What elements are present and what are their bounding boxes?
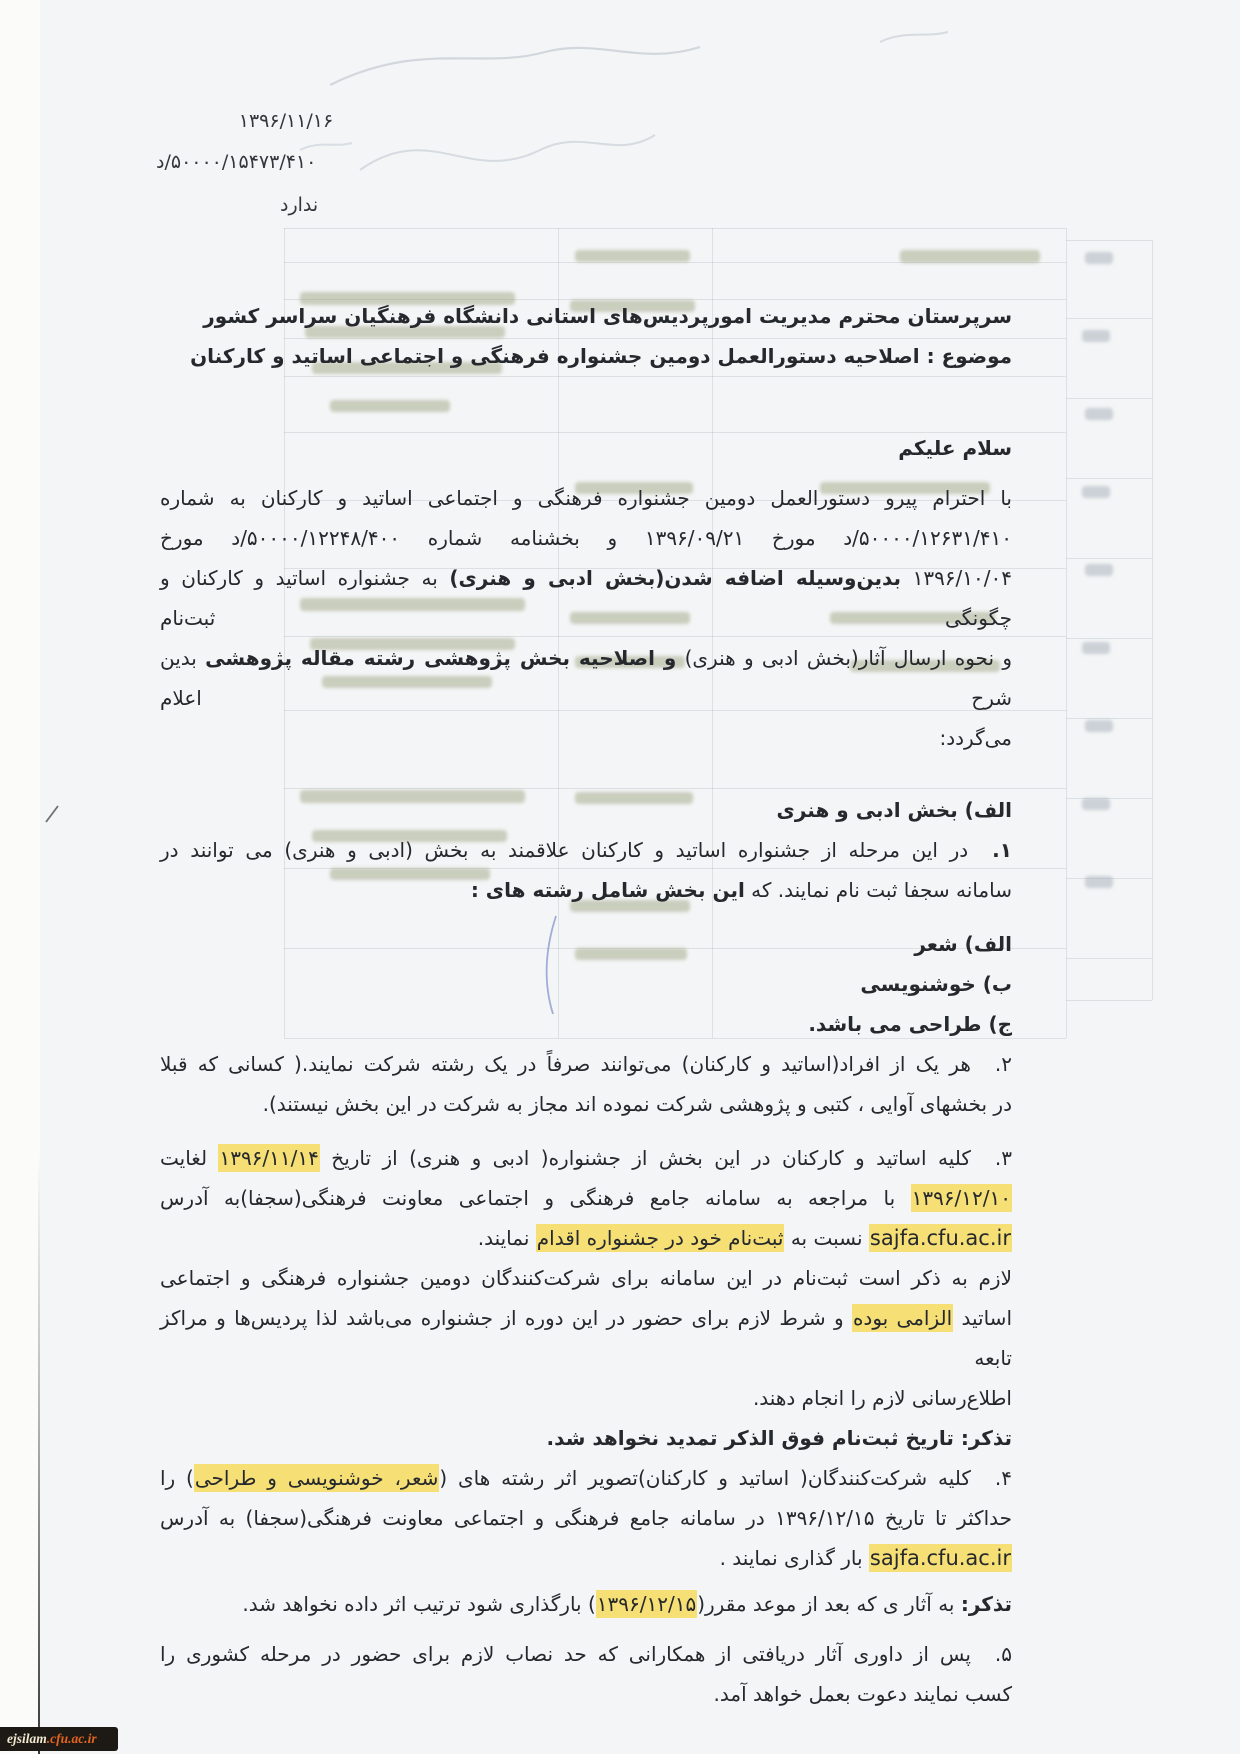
note-no-extension: تذکر: تاریخ ثبت‌نام فوق الذکر تمدید نخوا… [160, 1418, 1012, 1458]
bleed-text-blob [1085, 408, 1113, 420]
bleed-grid-line [1066, 718, 1152, 719]
bleed-text-blob [1085, 720, 1113, 732]
paragraph-intro: با احترام پیرو دستورالعمل دومین جشنواره … [160, 478, 1012, 758]
item-4-number: ۴. [995, 1466, 1012, 1490]
bleed-text-blob [1085, 564, 1113, 576]
category-list: الف) شعر ب) خوشنویسی ج) طراحی می باشد. [160, 924, 1012, 1044]
salutation: سلام علیکم [160, 428, 1012, 468]
bleed-grid-line [1066, 478, 1152, 479]
highlight-start-date: ۱۳۹۶/۱۱/۱۴ [218, 1144, 319, 1172]
list-item-drawing: ج) طراحی می باشد. [160, 1004, 1012, 1044]
ref-number-2: د/۵۰۰۰۰/۱۲۲۴۸/۴۰۰ [231, 518, 400, 558]
bleed-grid-line [1066, 398, 1152, 399]
list-item-calligraphy: ب) خوشنویسی [160, 964, 1012, 1004]
registration-note: لازم به ذکر است ثبت‌نام در این سامانه بر… [160, 1258, 1012, 1418]
letter-number-value: د/۵۰۰۰۰/۱۵۴۷۳/۴۱۰ [156, 151, 316, 173]
bleed-text-blob [1085, 876, 1113, 888]
letter-body: سرپرستان محترم مدیریت امورپردیس‌های استا… [160, 296, 1012, 1714]
bleed-grid-line [284, 228, 1066, 229]
bleed-grid-line [1066, 1000, 1152, 1001]
bleed-grid-line [1066, 228, 1067, 1038]
bleed-grid-line [1152, 240, 1153, 1000]
bleed-grid-line [1066, 638, 1152, 639]
bleed-text-blob [900, 250, 1040, 263]
attachment-status: ندارد [280, 194, 318, 216]
item-4: ۴.کلیه شرکت‌کنندگان( اساتید و کارکنان)تص… [160, 1458, 1012, 1578]
highlight-mandatory: الزامی بوده [852, 1304, 953, 1332]
highlight-categories: شعر، خوشنویسی و طراحی [194, 1464, 440, 1492]
list-item-poetry: الف) شعر [160, 924, 1012, 964]
item-2-number: ۲. [995, 1052, 1012, 1076]
sajfa-url: sajfa.cfu.ac.ir [869, 1224, 1012, 1252]
item-1: ۱.در این مرحله از جشنواره اساتید و کارکن… [160, 830, 1012, 910]
subject-line: موضوع : اصلاحیه دستورالعمل دومین جشنواره… [160, 336, 1012, 376]
recipient-line: سرپرستان محترم مدیریت امورپردیس‌های استا… [160, 296, 1012, 336]
item-3-number: ۳. [995, 1146, 1012, 1170]
bleed-grid-line [1066, 958, 1152, 959]
bleed-text-blob [1082, 486, 1110, 498]
bleed-text-blob [1082, 642, 1110, 654]
highlight-end-date: ۱۳۹۶/۱۲/۱۰ [911, 1184, 1012, 1212]
ref-number-1: د/۵۰۰۰۰/۱۲۶۳۱/۴۱۰ [843, 518, 1012, 558]
bleed-text-blob [1085, 252, 1113, 264]
bleed-text-blob [1082, 798, 1110, 810]
bleed-grid-line [1066, 240, 1152, 241]
note-deadline: تذکر: به آثار ی که بعد از موعد مقرر(۱۳۹۶… [160, 1584, 1012, 1624]
watermark-suffix: .cfu.ac.ir [47, 1731, 97, 1747]
sajfa-url-2: sajfa.cfu.ac.ir [869, 1544, 1012, 1572]
watermark-prefix: ejsilam [7, 1731, 47, 1747]
site-watermark: ejsilam.cfu.ac.ir [0, 1727, 118, 1751]
item-5: ۵.پس از داوری آثار دریافتی از همکارانی ک… [160, 1634, 1012, 1714]
item-1-number: ۱. [992, 838, 1012, 862]
item-2: ۲.هر یک از افراد(اساتید و کارکنان) می‌تو… [160, 1044, 1012, 1124]
letter-number: د/۵۰۰۰۰/۱۵۴۷۳/۴۱۰ [156, 151, 316, 173]
bleed-text-blob [575, 250, 690, 262]
item-5-number: ۵. [995, 1642, 1012, 1666]
bleed-grid-line [1066, 318, 1152, 319]
highlight-register-phrase: ثبت‌نام خود در جشنواره اقدام [536, 1224, 785, 1252]
bleed-grid-line [1066, 558, 1152, 559]
scanned-letter-page: ۱۳۹۶/۱۱/۱۶ د/۵۰۰۰۰/۱۵۴۷۳/۴۱۰ ندارد سرپرس… [0, 0, 1240, 1754]
letter-date: ۱۳۹۶/۱۱/۱۶ [228, 110, 344, 132]
section-a-heading: الف) بخش ادبی و هنری [160, 790, 1012, 830]
highlight-deadline-date: ۱۳۹۶/۱۲/۱۵ [596, 1590, 697, 1618]
bleed-text-blob [1082, 330, 1110, 342]
item-3: ۳.کلیه اساتید و کارکنان در این بخش از جش… [160, 1138, 1012, 1258]
